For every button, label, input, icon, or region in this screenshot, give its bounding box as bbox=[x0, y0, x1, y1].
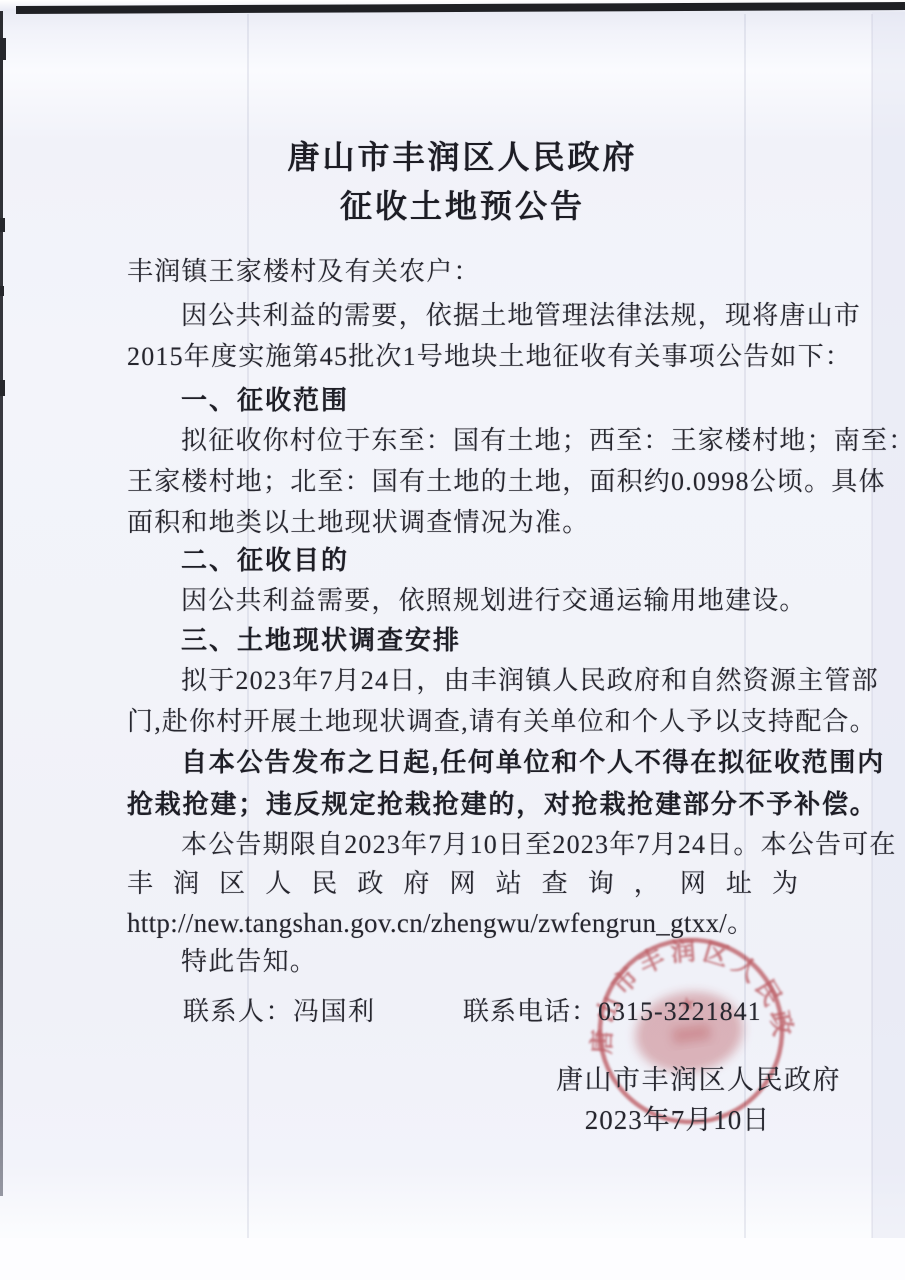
scan-artifact-mark bbox=[0, 286, 4, 296]
scope-paragraph-line2: 王家楼村地；北至：国有土地的土地，面积约0.0998公顷。具体 bbox=[127, 465, 798, 499]
contact-phone: 联系电话：0315-3221841 bbox=[463, 991, 762, 1028]
website-url-text: http://new.tangshan.gov.cn/zhengwu/zwfen… bbox=[127, 906, 798, 940]
period-paragraph-line1: 本公告期限自2023年7月10日至2023年7月24日。本公告可在 bbox=[127, 828, 852, 862]
scope-paragraph-line1: 拟征收你村位于东至：国有土地；西至：王家楼村地；南至： bbox=[127, 424, 852, 458]
scan-artifact-mark bbox=[0, 38, 6, 60]
signature-organization: 唐山市丰润区人民政府 bbox=[556, 1058, 836, 1097]
period-paragraph-line2: 丰润区人民政府网站查询，网址为 bbox=[127, 867, 798, 901]
section-heading-1: 一、征收范围 bbox=[127, 383, 852, 417]
doc-title-line1: 唐山市丰润区人民政府 bbox=[127, 140, 798, 174]
closing-notice-line: 特此告知。 bbox=[127, 945, 852, 979]
scanned-page: 唐山市丰润区人民政府 唐山市丰润区人民政府 征收土地预公告 丰润镇王家楼村及有关… bbox=[0, 0, 905, 1280]
scan-artifact-mark bbox=[0, 380, 5, 396]
section-heading-2: 二、征收目的 bbox=[127, 543, 852, 577]
intro-paragraph-line1: 因公共利益的需要，依据土地管理法律法规，现将唐山市 bbox=[127, 299, 852, 333]
warning-paragraph-line1: 自本公告发布之日起,任何单位和个人不得在拟征收范围内 bbox=[127, 745, 852, 779]
survey-paragraph-line2: 门,赴你村开展土地现状调查,请有关单位和个人予以支持配合。 bbox=[127, 705, 798, 739]
survey-paragraph-line1: 拟于2023年7月24日，由丰润镇人民政府和自然资源主管部 bbox=[127, 664, 852, 698]
doc-title-line2: 征收土地预公告 bbox=[127, 189, 798, 223]
contact-person: 联系人：冯国利 bbox=[183, 991, 376, 1028]
signature-date: 2023年7月10日 bbox=[550, 1098, 805, 1137]
document-body: 唐山市丰润区人民政府 征收土地预公告 丰润镇王家楼村及有关农户： 因公共利益的需… bbox=[0, 0, 905, 1280]
warning-paragraph-line2: 抢栽抢建；违反规定抢栽抢建的，对抢栽抢建部分不予补偿。 bbox=[127, 787, 798, 821]
scan-artifact-mark bbox=[0, 218, 5, 232]
scan-edge-left bbox=[0, 11, 3, 1196]
salutation-line: 丰润镇王家楼村及有关农户： bbox=[127, 255, 798, 289]
section-heading-3: 三、土地现状调查安排 bbox=[127, 623, 852, 657]
intro-paragraph-line2: 2015年度实施第45批次1号地块土地征收有关事项公告如下： bbox=[127, 340, 798, 374]
scope-paragraph-line3: 面积和地类以土地现状调查情况为准。 bbox=[127, 506, 798, 540]
purpose-paragraph-line: 因公共利益需要，依照规划进行交通运输用地建设。 bbox=[127, 584, 852, 618]
